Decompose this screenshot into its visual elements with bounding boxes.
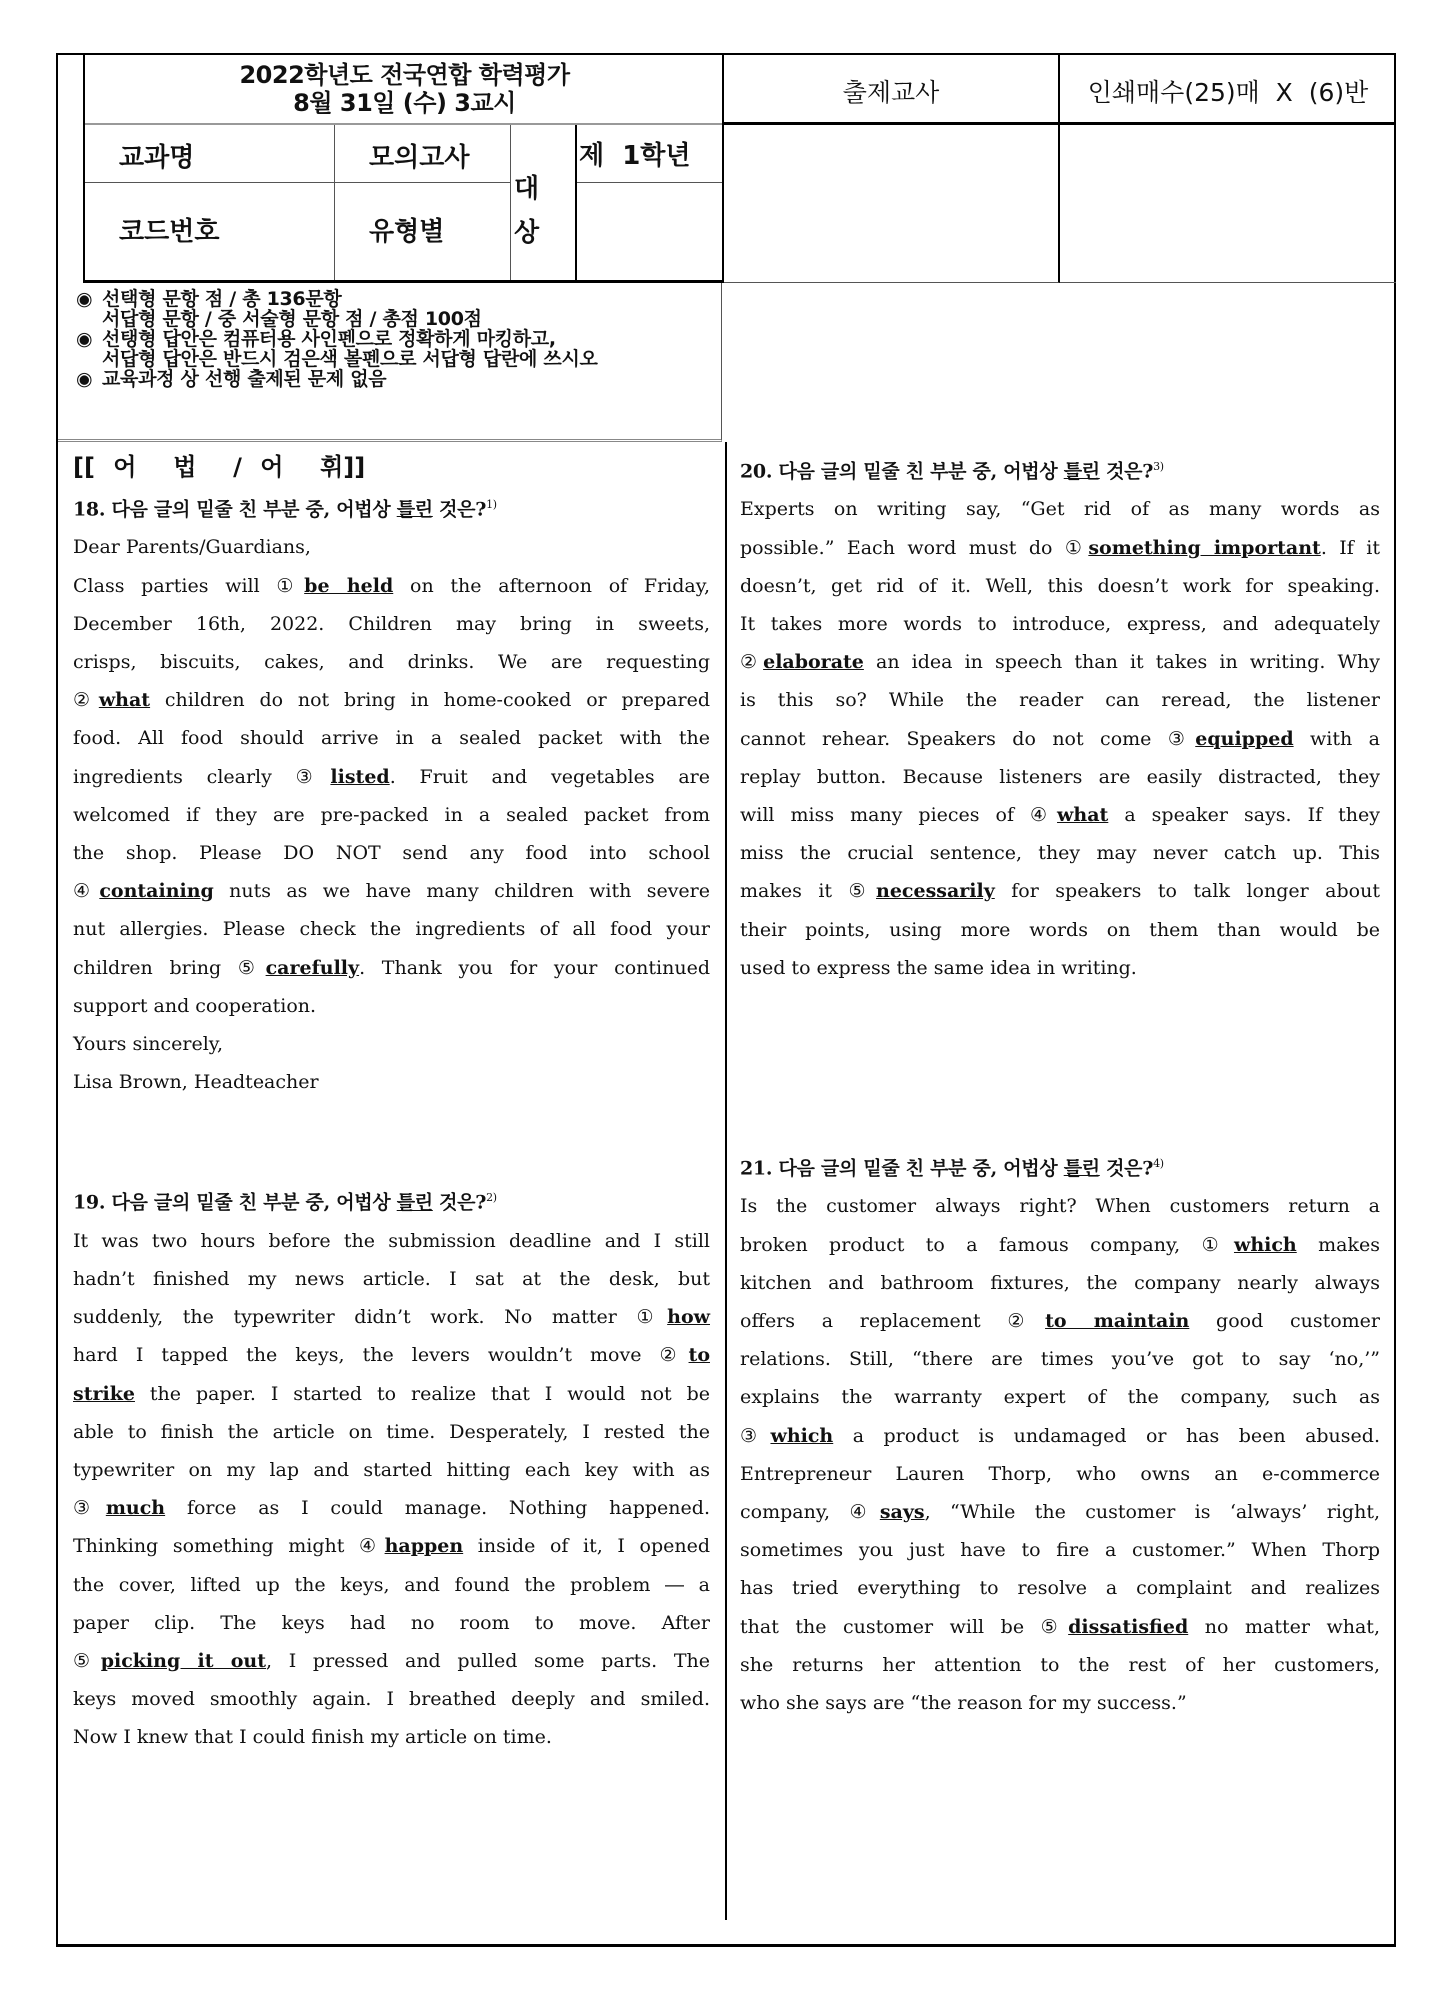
passage-line: Experts on writing say, “Get rid of as m… — [740, 490, 1380, 528]
notice-text: 교육과정 상 선행 출제된 문제 없음 — [102, 369, 386, 389]
radio-bullet-icon: ◉ — [76, 329, 102, 369]
print-count-cell — [1060, 125, 1396, 283]
exam-title-line2: 8월 31일 (수) 3교시 — [85, 89, 724, 117]
teacher-signature-cell — [724, 125, 1060, 283]
notice-text: 선택형 문항 점 / 총 136문항 서답형 문항 / 중 서술형 문항 점 /… — [102, 289, 482, 329]
passage-line: December 16th, 2022. Children may bring … — [73, 605, 710, 643]
subject-label: 교과명 — [85, 125, 335, 183]
grade-value: 제 1학년 — [577, 125, 724, 183]
target-label: 대 상 — [511, 125, 577, 280]
print-count-label: 인쇄매수(25)매 X (6)반 — [1060, 55, 1396, 125]
passage-line: typewriter on my lap and started hitting… — [73, 1451, 710, 1489]
passage-line: hadn’t finished my news article. I sat a… — [73, 1260, 710, 1298]
passage-line: welcomed if they are pre-packed in a sea… — [73, 796, 710, 834]
passage-line: sometimes you just have to fire a custom… — [740, 1531, 1380, 1569]
exam-header-right: 출제교사 인쇄매수(25)매 X (6)반 — [722, 55, 1394, 283]
passage-line: It was two hours before the submission d… — [73, 1222, 710, 1260]
question-prompt: 20. 다음 글의 밑줄 친 부분 중, 어법상 틀린 것은?3) — [740, 448, 1380, 490]
underlined-choice: dissatisfied — [1068, 1616, 1188, 1638]
passage-line: will miss many pieces of ④what a speaker… — [740, 796, 1380, 834]
passage: Experts on writing say, “Get rid of as m… — [740, 490, 1380, 987]
column-divider — [725, 442, 727, 1920]
passage-line: makes it ⑤necessarily for speakers to ta… — [740, 872, 1380, 910]
exam-header-table: 2022학년도 전국연합 학력평가 8월 31일 (수) 3교시 교과명 모의고… — [83, 55, 722, 283]
passage-line: kitchen and bathroom fixtures, the compa… — [740, 1264, 1380, 1302]
underlined-choice: equipped — [1195, 728, 1293, 750]
passage-line: ingredients clearly ③listed. Fruit and v… — [73, 758, 710, 796]
prompt-text: 것은? — [1100, 1157, 1153, 1179]
passage-line: Yours sincerely, — [73, 1025, 710, 1063]
prompt-emphasis: 틀린 — [397, 1192, 433, 1214]
underlined-choice: be held — [304, 575, 393, 597]
prompt-emphasis: 틀린 — [1064, 1157, 1100, 1179]
subject-value: 모의고사 — [335, 125, 511, 183]
underlined-choice: containing — [99, 880, 214, 902]
passage-line: the shop. Please DO NOT send any food in… — [73, 834, 710, 872]
underlined-choice: something important — [1088, 537, 1320, 559]
footnote-marker: 4) — [1153, 1157, 1164, 1170]
question-number: 19. — [73, 1192, 105, 1214]
radio-bullet-icon: ◉ — [76, 369, 102, 389]
passage-line: ③much force as I could manage. Nothing h… — [73, 1489, 710, 1527]
section-heading: [[ 어 법 / 어 휘]] — [73, 448, 710, 486]
prompt-text: 다음 글의 밑줄 친 부분 중, 어법상 — [105, 1192, 397, 1214]
grade-empty-cell — [577, 183, 724, 280]
passage-line: broken product to a famous company, ①whi… — [740, 1226, 1380, 1264]
passage-line: crisps, biscuits, cakes, and drinks. We … — [73, 643, 710, 681]
question-18: 18. 다음 글의 밑줄 친 부분 중, 어법상 틀린 것은?1) Dear P… — [73, 486, 710, 1101]
notice-item: ◉ 교육과정 상 선행 출제된 문제 없음 — [76, 369, 721, 389]
underlined-choice: what — [1057, 804, 1108, 826]
passage-line: the cover, lifted up the keys, and found… — [73, 1566, 710, 1604]
notice-item: ◉ 선탱형 답안은 컴퓨터용 사인펜으로 정확하게 마킹하고, 서답형 답안은 … — [76, 329, 721, 369]
underlined-choice: elaborate — [763, 651, 864, 673]
passage-line: children bring ⑤carefully. Thank you for… — [73, 949, 710, 987]
passage-line: able to finish the article on time. Desp… — [73, 1413, 710, 1451]
radio-bullet-icon: ◉ — [76, 289, 102, 329]
passage-line: used to express the same idea in writing… — [740, 949, 1380, 987]
question-prompt: 19. 다음 글의 밑줄 친 부분 중, 어법상 틀린 것은?2) — [73, 1179, 710, 1221]
prompt-text: 것은? — [433, 498, 486, 520]
prompt-emphasis: 틀린 — [1064, 460, 1100, 482]
question-number: 21. — [740, 1157, 772, 1179]
passage-line: is this so? While the reader can reread,… — [740, 681, 1380, 719]
passage-line: replay button. Because listeners are eas… — [740, 758, 1380, 796]
passage-line: Dear Parents/Guardians, — [73, 528, 710, 566]
passage-line: Is the customer always right? When custo… — [740, 1187, 1380, 1225]
passage-line: keys moved smoothly again. I breathed de… — [73, 1680, 710, 1718]
passage-line: doesn’t, get rid of it. Well, this doesn… — [740, 567, 1380, 605]
passage-line: possible.” Each word must do ①something … — [740, 529, 1380, 567]
underlined-choice: strike — [73, 1383, 135, 1405]
prompt-text: 다음 글의 밑줄 친 부분 중, 어법상 — [772, 1157, 1064, 1179]
question-number: 20. — [740, 460, 772, 482]
exam-title-line1: 2022학년도 전국연합 학력평가 — [85, 61, 724, 89]
passage-line: food. All food should arrive in a sealed… — [73, 719, 710, 757]
passage-line: that the customer will be ⑤dissatisfied … — [740, 1608, 1380, 1646]
passage-line: cannot rehear. Speakers do not come ③equ… — [740, 720, 1380, 758]
prompt-text: 다음 글의 밑줄 친 부분 중, 어법상 — [772, 460, 1064, 482]
passage-line: their points, using more words on them t… — [740, 911, 1380, 949]
prompt-text: 다음 글의 밑줄 친 부분 중, 어법상 — [105, 498, 397, 520]
question-prompt: 18. 다음 글의 밑줄 친 부분 중, 어법상 틀린 것은?1) — [73, 486, 710, 528]
underlined-choice: to maintain — [1045, 1310, 1189, 1332]
underlined-choice: necessarily — [876, 880, 995, 902]
passage-line: who she says are “the reason for my succ… — [740, 1684, 1380, 1722]
passage-line: support and cooperation. — [73, 987, 710, 1025]
passage-line: ④containing nuts as we have many childre… — [73, 872, 710, 910]
passage-line: paper clip. The keys had no room to move… — [73, 1604, 710, 1642]
passage-line: suddenly, the typewriter didn’t work. No… — [73, 1298, 710, 1336]
passage: Is the customer always right? When custo… — [740, 1187, 1380, 1722]
left-column: [[ 어 법 / 어 휘]] 18. 다음 글의 밑줄 친 부분 중, 어법상 … — [73, 448, 710, 1757]
underlined-choice: how — [667, 1306, 710, 1328]
passage: It was two hours before the submission d… — [73, 1222, 710, 1757]
passage-line: relations. Still, “there are times you’v… — [740, 1340, 1380, 1378]
passage-line: has tried everything to resolve a compla… — [740, 1569, 1380, 1607]
footnote-marker: 1) — [486, 498, 497, 511]
underlined-choice: carefully — [266, 957, 359, 979]
underlined-choice: picking it out — [101, 1650, 266, 1672]
passage-line: Entrepreneur Lauren Thorp, who owns an e… — [740, 1455, 1380, 1493]
prompt-text: 것은? — [433, 1192, 486, 1214]
underlined-choice: what — [99, 689, 150, 711]
underlined-choice: which — [1234, 1234, 1297, 1256]
passage-line: strike the paper. I started to realize t… — [73, 1375, 710, 1413]
question-21: 21. 다음 글의 밑줄 친 부분 중, 어법상 틀린 것은?4) Is the… — [740, 1145, 1380, 1722]
footnote-marker: 3) — [1153, 460, 1164, 473]
underlined-choice: listed — [330, 766, 389, 788]
teacher-label: 출제교사 — [724, 55, 1060, 125]
right-column: 20. 다음 글의 밑줄 친 부분 중, 어법상 틀린 것은?3) Expert… — [740, 448, 1380, 1722]
passage-line: she returns her attention to the rest of… — [740, 1646, 1380, 1684]
question-prompt: 21. 다음 글의 밑줄 친 부분 중, 어법상 틀린 것은?4) — [740, 1145, 1380, 1187]
underlined-choice: happen — [385, 1535, 464, 1557]
passage-line: Class parties will ①be held on the after… — [73, 567, 710, 605]
notice-box: ◉ 선택형 문항 점 / 총 136문항 서답형 문항 / 중 서술형 문항 점… — [58, 283, 722, 442]
passage-line: offers a replacement ②to maintain good c… — [740, 1302, 1380, 1340]
passage-line: ⑤picking it out, I pressed and pulled so… — [73, 1642, 710, 1680]
passage-line: Lisa Brown, Headteacher — [73, 1063, 710, 1101]
underlined-choice: to — [689, 1344, 710, 1366]
prompt-text: 것은? — [1100, 460, 1153, 482]
notice-text: 선탱형 답안은 컴퓨터용 사인펜으로 정확하게 마킹하고, 서답형 답안은 반드… — [102, 329, 598, 369]
underlined-choice: which — [770, 1425, 833, 1447]
passage-line: hard I tapped the keys, the levers would… — [73, 1336, 710, 1374]
passage-line: nut allergies. Please check the ingredie… — [73, 910, 710, 948]
notice-item: ◉ 선택형 문항 점 / 총 136문항 서답형 문항 / 중 서술형 문항 점… — [76, 289, 721, 329]
question-19: 19. 다음 글의 밑줄 친 부분 중, 어법상 틀린 것은?2) It was… — [73, 1179, 710, 1756]
type-label: 유형별 — [335, 183, 511, 280]
prompt-emphasis: 틀린 — [397, 498, 433, 520]
passage-line: ②what children do not bring in home-cook… — [73, 681, 710, 719]
passage-line: It takes more words to introduce, expres… — [740, 605, 1380, 643]
passage-line: ②elaborate an idea in speech than it tak… — [740, 643, 1380, 681]
target-label-char-2: 상 — [514, 211, 575, 255]
underlined-choice: says — [880, 1501, 925, 1523]
exam-title: 2022학년도 전국연합 학력평가 8월 31일 (수) 3교시 — [85, 55, 724, 125]
passage-line: company, ④says, “While the customer is ‘… — [740, 1493, 1380, 1531]
code-number-label: 코드번호 — [85, 183, 335, 280]
passage-line: Now I knew that I could finish my articl… — [73, 1718, 710, 1756]
underlined-choice: much — [106, 1497, 165, 1519]
passage-line: Thinking something might ④happen inside … — [73, 1527, 710, 1565]
passage-line: miss the crucial sentence, they may neve… — [740, 834, 1380, 872]
footnote-marker: 2) — [486, 1191, 497, 1204]
passage-line: explains the warranty expert of the comp… — [740, 1378, 1380, 1416]
passage-line: ③which a product is undamaged or has bee… — [740, 1417, 1380, 1455]
question-number: 18. — [73, 498, 105, 520]
passage: Dear Parents/Guardians,Class parties wil… — [73, 528, 710, 1101]
question-20: 20. 다음 글의 밑줄 친 부분 중, 어법상 틀린 것은?3) Expert… — [740, 448, 1380, 987]
target-label-char-1: 대 — [514, 167, 575, 211]
